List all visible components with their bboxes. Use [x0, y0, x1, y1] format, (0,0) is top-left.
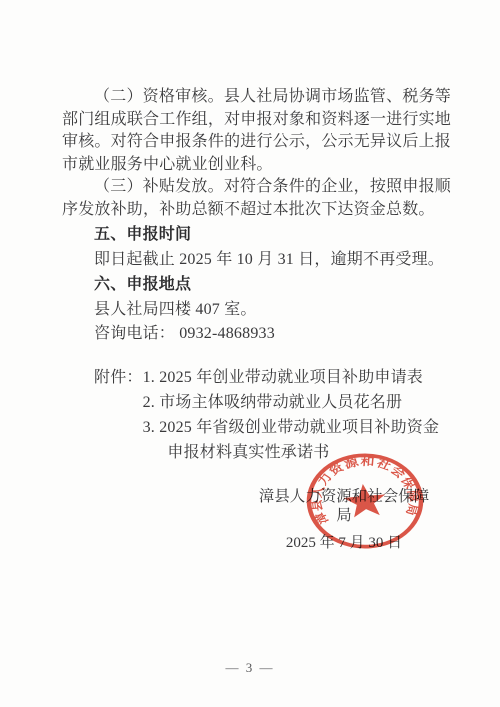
attachment-item: 3. 2025 年省级创业带动就业项目补助资金申报材料真实性承诺书 [143, 415, 451, 465]
attachments-section: 附件： 1. 2025 年创业带动就业项目补助申请表 2. 市场主体吸纳带动就业… [62, 365, 451, 465]
para-qualification-audit: （二）资格审核。县人社局协调市场监管、税务等部门组成联合工作组，对申报对象和资料… [62, 86, 451, 176]
para-deadline: 即日起截止 2025 年 10 月 31 日，逾期不再受理。 [62, 249, 451, 272]
signature-date: 2025 年 7 月 30 日 [254, 534, 434, 553]
para-phone: 咨询电话： 0932-4868933 [62, 323, 451, 346]
page-footer: — 3 — [0, 660, 500, 676]
attachment-item: 2. 市场主体吸纳带动就业人员花名册 [143, 390, 451, 415]
attachment-item: 1. 2025 年创业带动就业项目补助申请表 [143, 365, 451, 390]
attachments-label: 附件： [94, 365, 143, 465]
signature-block: 漳县人力资源和社会保障局 2025 年 7 月 30 日 [254, 487, 434, 553]
para-address: 县人社局四楼 407 室。 [62, 299, 451, 322]
signature-org: 漳县人力资源和社会保障局 [254, 487, 434, 525]
page-number: — 3 — [226, 660, 275, 675]
heading-application-time: 五、申报时间 [62, 224, 451, 247]
attachments-list: 1. 2025 年创业带动就业项目补助申请表 2. 市场主体吸纳带动就业人员花名… [143, 365, 451, 465]
para-subsidy-grant: （三）补贴发放。对符合条件的企业，按照申报顺序发放补助，补助总额不超过本批次下达… [62, 176, 451, 221]
document-body: （二）资格审核。县人社局协调市场监管、税务等部门组成联合工作组，对申报对象和资料… [62, 86, 451, 465]
heading-application-place: 六、申报地点 [62, 274, 451, 297]
document-page: （二）资格审核。县人社局协调市场监管、税务等部门组成联合工作组，对申报对象和资料… [0, 0, 500, 707]
